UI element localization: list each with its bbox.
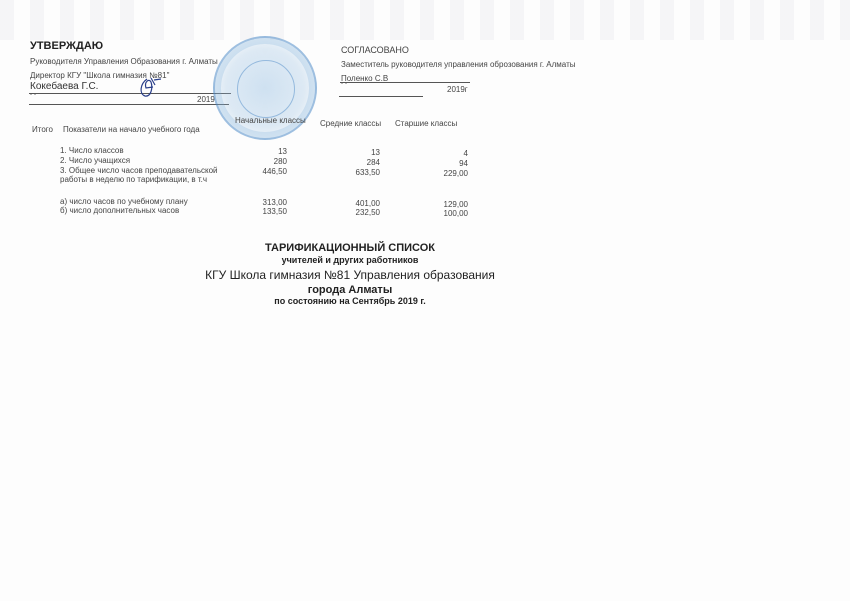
agreed-date-line xyxy=(339,96,423,97)
cell-hours-middle: 633,50 xyxy=(330,168,380,177)
cell-extra-senior: 100,00 xyxy=(418,209,468,218)
row-label-total-hours-cont: работы в неделю по тарификации, в т.ч xyxy=(60,175,207,184)
column-header-primary: Начальные классы xyxy=(235,116,306,125)
cell-students-middle: 284 xyxy=(330,158,380,167)
document-title: ТАРИФИКАЦИОННЫЙ СПИСОК xyxy=(150,242,550,254)
cell-extra-primary: 133,50 xyxy=(237,207,287,216)
column-header-senior: Старшие классы xyxy=(395,119,457,128)
approve-signer-name: Кокебаева Г.С. xyxy=(30,81,98,92)
agreed-signature-line xyxy=(340,82,470,83)
row-label-students: 2. Число учащихся xyxy=(60,156,130,165)
row-label-curriculum-hours: а) число часов по учебному плану xyxy=(60,197,188,206)
cell-classes-primary: 13 xyxy=(237,147,287,156)
column-header-middle: Средние классы xyxy=(320,119,381,128)
agreed-date-quotes: " " xyxy=(341,83,347,89)
organization-line-1: КГУ Школа гимназия №81 Управления образо… xyxy=(150,268,550,282)
seal-emblem xyxy=(237,60,295,118)
document-subtitle: учителей и других работников xyxy=(150,255,550,265)
cell-classes-senior: 4 xyxy=(418,149,468,158)
approve-year: 2019 xyxy=(197,95,215,104)
approve-signature-line xyxy=(29,93,231,94)
cell-extra-middle: 232,50 xyxy=(330,208,380,217)
cell-hours-primary: 446,50 xyxy=(237,167,287,176)
scan-artifact-band xyxy=(0,0,850,40)
approve-date-quotes: " " xyxy=(30,94,36,100)
itogo-label: Итого xyxy=(32,125,53,134)
cell-students-primary: 280 xyxy=(237,157,287,166)
as-of-date: по состоянию на Сентябрь 2019 г. xyxy=(150,296,550,306)
agreed-year: 2019г xyxy=(447,85,468,94)
approve-line-1: Руководителя Управления Образования г. А… xyxy=(30,57,218,66)
cell-students-senior: 94 xyxy=(418,159,468,168)
cell-classes-middle: 13 xyxy=(330,148,380,157)
cell-hours-senior: 229,00 xyxy=(418,169,468,178)
agreed-heading: СОГЛАСОВАНО xyxy=(341,45,409,55)
cell-curriculum-middle: 401,00 xyxy=(330,199,380,208)
approve-date-line xyxy=(29,104,229,105)
cell-curriculum-primary: 313,00 xyxy=(237,198,287,207)
organization-line-2: города Алматы xyxy=(150,284,550,296)
signature-icon xyxy=(137,76,163,98)
indicators-header: Показатели на начало учебного года xyxy=(63,125,200,134)
row-label-classes: 1. Число классов xyxy=(60,146,124,155)
agreed-line-1: Заместитель руководителя управления обро… xyxy=(341,60,575,69)
cell-curriculum-senior: 129,00 xyxy=(418,200,468,209)
approve-heading: УТВЕРЖДАЮ xyxy=(30,40,103,52)
row-label-extra-hours: б) число дополнительных часов xyxy=(60,206,179,215)
row-label-total-hours: 3. Общее число часов преподавательской xyxy=(60,166,218,175)
